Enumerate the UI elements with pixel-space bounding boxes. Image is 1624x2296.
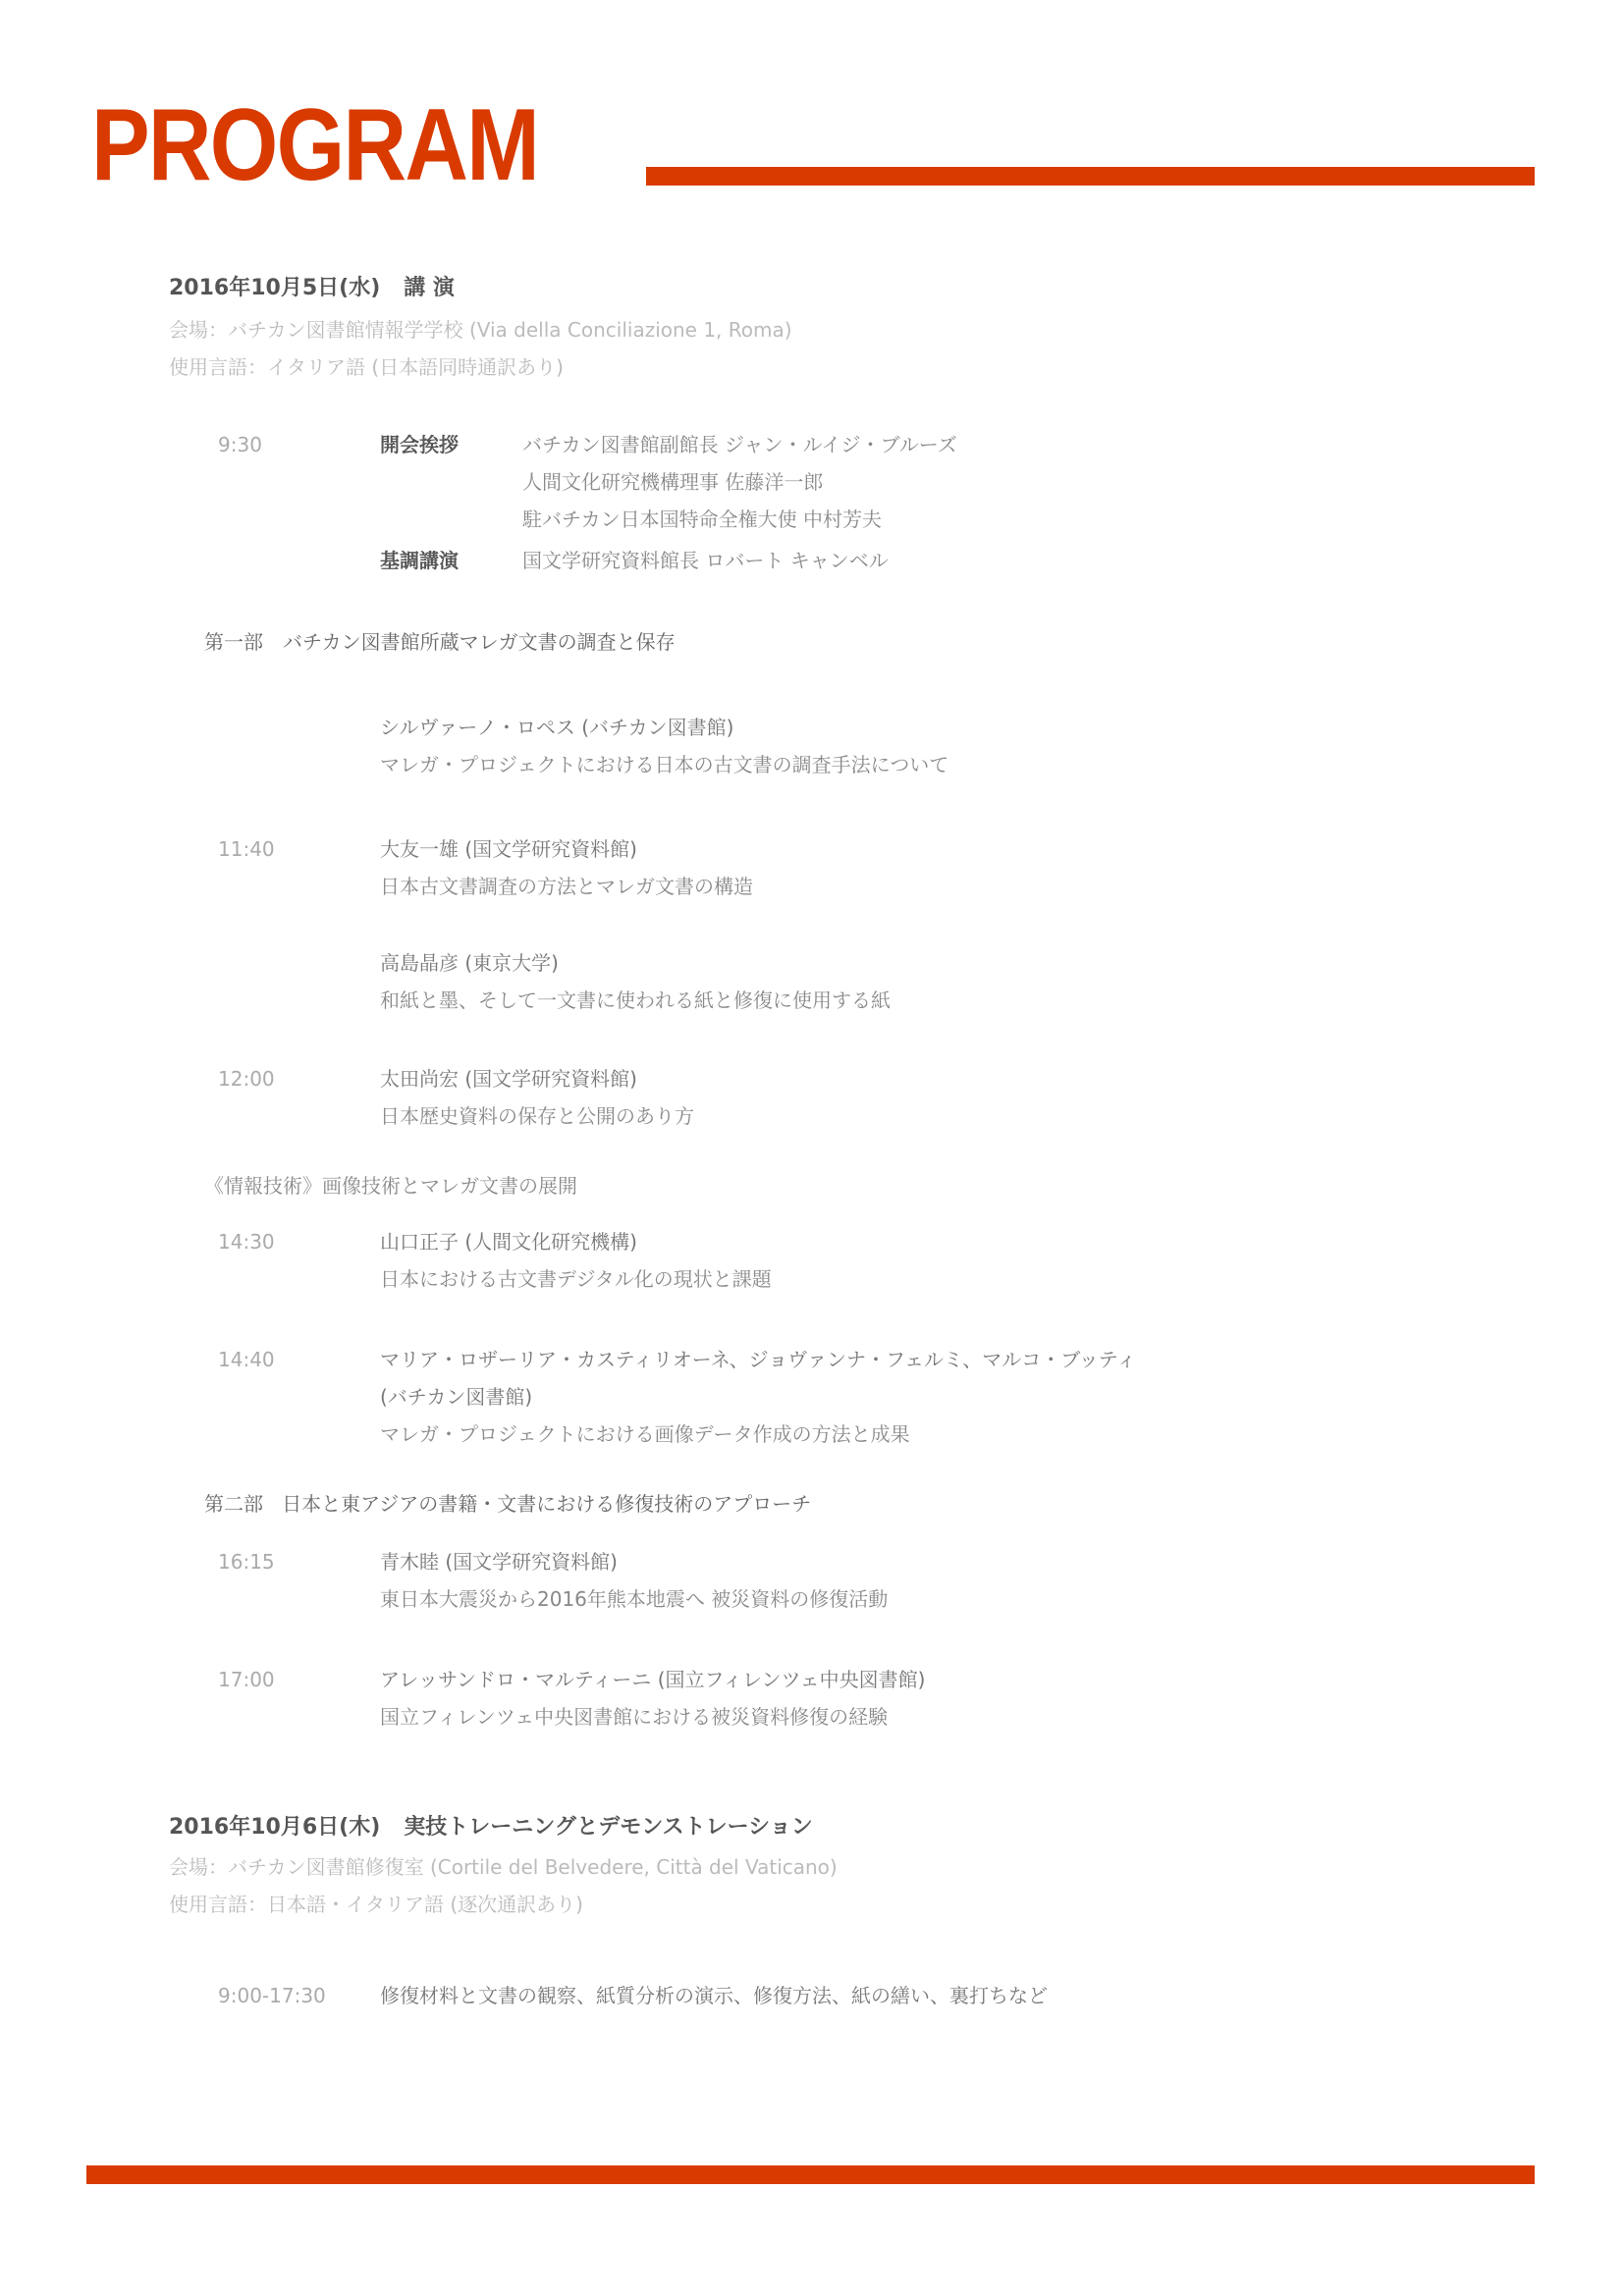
talk-title: マレガ・プロジェクトにおける日本の古文書の調査手法について (380, 746, 948, 783)
session3-heading: 第二部 日本と東アジアの書籍・文書における修復技術のアプローチ (204, 1488, 811, 1517)
talk-title: 東日本大震災から2016年熊本地震へ 被災資料の修復活動 (380, 1580, 888, 1618)
keynote-speaker: 国文学研究資料館長 ロバート キャンベル (522, 542, 889, 579)
talk-speaker: 太田尚宏 (国文学研究資料館) (380, 1060, 694, 1097)
keynote-label: 基調講演 (380, 542, 459, 579)
talk-speaker: アレッサンドロ・マルティーニ (国立フィレンツェ中央図書館) (380, 1661, 925, 1698)
session2-title: 《情報技術》画像技術とマレガ文書の展開 (204, 1170, 577, 1199)
speaker-line: 駐バチカン日本国特命全権大使 中村芳夫 (522, 501, 957, 538)
day2-date: 2016年10月6日(木) (169, 1815, 380, 1840)
session1-title: 第一部 バチカン図書館所蔵マレガ文書の調査と保存 (204, 626, 676, 655)
talk-title: マレガ・プロジェクトにおける画像データ作成の方法と成果 (380, 1415, 1136, 1453)
day1-date: 2016年10月5日(水) (169, 276, 380, 300)
talk-time: 14:30 (218, 1223, 275, 1260)
talk-speaker: 青木睦 (国文学研究資料館) (380, 1543, 888, 1580)
day2-activities: 修復材料と文書の観察、紙質分析の演示、修復方法、紙の繕い、裏打ちなど (380, 1977, 1048, 2014)
session3-label: 第二部 (204, 1492, 263, 1516)
opening-speakers: バチカン図書館副館長 ジャン・ルイジ・ブルーズ 人間文化研究機構理事 佐藤洋一郎… (522, 426, 957, 538)
day1-venue: 会場：バチカン図書館情報学学校 (Via della Conciliazione… (169, 314, 792, 343)
talk-title: 和紙と墨、そして一文書に使われる紙と修復に使用する紙 (380, 982, 891, 1019)
talk-speaker: シルヴァーノ・ロペス (バチカン図書館) (380, 709, 948, 746)
talk-title: 国立フィレンツェ中央図書館における被災資料修復の経験 (380, 1698, 925, 1735)
talk-title: 日本における古文書デジタル化の現状と課題 (380, 1260, 772, 1298)
day2-time: 9:00-17:30 (218, 1977, 326, 2014)
page-title: PROGRAM (91, 94, 538, 196)
talk-affiliation: (バチカン図書館) (380, 1378, 1136, 1415)
talk-time: 16:15 (218, 1543, 275, 1580)
talk-speaker: マリア・ロザーリア・カスティリオーネ、ジョヴァンナ・フェルミ、マルコ・ブッティ (380, 1341, 1136, 1378)
footer-divider (86, 2165, 1535, 2184)
day2-title: 実技トレーニングとデモンストレーション (404, 1815, 812, 1840)
talk-title: 日本歴史資料の保存と公開のあり方 (380, 1097, 694, 1135)
speaker-line: 国文学研究資料館長 ロバート キャンベル (522, 542, 889, 579)
talk-time: 17:00 (218, 1661, 275, 1698)
day2-venue: 会場：バチカン図書館修復室 (Cortile del Belvedere, Ci… (169, 1851, 838, 1880)
talk-time: 11:40 (218, 830, 275, 868)
day1-heading: 2016年10月5日(水)講 演 (169, 271, 455, 301)
talk-speaker: 山口正子 (人間文化研究機構) (380, 1223, 772, 1260)
day2-heading: 2016年10月6日(木)実技トレーニングとデモンストレーション (169, 1810, 813, 1841)
talk-time: 12:00 (218, 1060, 275, 1097)
speaker-line: 人間文化研究機構理事 佐藤洋一郎 (522, 463, 957, 501)
day1-language: 使用言語：イタリア語 (日本語同時通訳あり) (169, 351, 564, 380)
session3-title: 日本と東アジアの書籍・文書における修復技術のアプローチ (282, 1492, 811, 1516)
talk-speaker: 高島晶彦 (東京大学) (380, 944, 891, 982)
day2-language: 使用言語：日本語・イタリア語 (逐次通訳あり) (169, 1889, 583, 1917)
talk-time: 14:40 (218, 1341, 275, 1378)
day1-title: 講 演 (404, 276, 455, 300)
opening-time: 9:30 (218, 426, 306, 463)
title-underline-divider (646, 167, 1535, 186)
opening-label: 開会挨拶 (380, 426, 459, 463)
talk-title: 日本古文書調査の方法とマレガ文書の構造 (380, 868, 753, 905)
talk-speaker: 大友一雄 (国文学研究資料館) (380, 830, 753, 868)
speaker-line: バチカン図書館副館長 ジャン・ルイジ・ブルーズ (522, 426, 957, 463)
